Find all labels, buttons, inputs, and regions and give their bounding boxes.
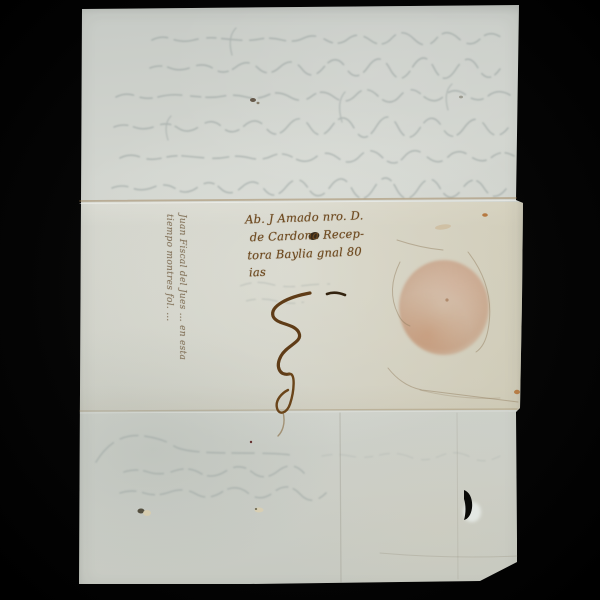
docket-line: tiempo montres fol. … [162, 214, 175, 410]
address-block: Ab. J Amado nro. D. de Cardona Recep- to… [245, 207, 387, 283]
letter-verso-sheet [0, 0, 600, 600]
docket-line: Juan Fiscal del Jues … en esta [175, 214, 188, 410]
archival-docket-vertical: Juan Fiscal del Jues … en esta tiempo mo… [162, 214, 188, 410]
photograph-stage: Ab. J Amado nro. D. de Cardona Recep- to… [0, 0, 600, 600]
paper-edge-shading [70, 0, 530, 600]
